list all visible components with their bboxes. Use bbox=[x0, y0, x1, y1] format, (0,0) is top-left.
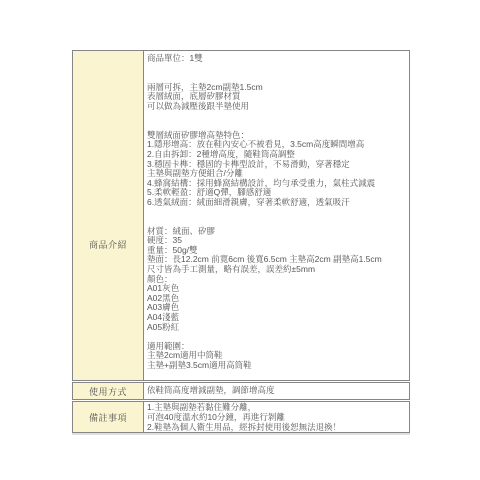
text-line: 尺寸皆為手工測量，略有誤差，誤差約±5mm bbox=[147, 265, 407, 275]
text-line: 顏色： bbox=[147, 275, 407, 285]
row-label-intro: 商品介紹 bbox=[73, 51, 144, 380]
text-line: 商品單位：1雙 bbox=[147, 54, 407, 64]
row-label-usage: 使用方式 bbox=[73, 383, 144, 399]
text-line: 2.鞋墊為個人衛生用品，經拆封使用後恕無法退換！ bbox=[147, 423, 407, 432]
row-label-notes: 備註事項 bbox=[73, 402, 144, 432]
text-line bbox=[147, 112, 407, 122]
text-line: A03膚色 bbox=[147, 303, 407, 313]
row-content-intro: 商品單位：1雙 兩層可拆，主墊2cm副墊1.5cm表層絨面，底層矽膠材質可以做為… bbox=[144, 51, 409, 380]
product-spec-table: 商品介紹商品單位：1雙 兩層可拆，主墊2cm副墊1.5cm表層絨面，底層矽膠材質… bbox=[72, 50, 410, 433]
text-line bbox=[147, 208, 407, 218]
text-line: 可以做為減壓後跟半墊使用 bbox=[147, 102, 407, 112]
text-line: 材質：絨面、矽膠 bbox=[147, 227, 407, 237]
table-row-intro: 商品介紹商品單位：1雙 兩層可拆，主墊2cm副墊1.5cm表層絨面，底層矽膠材質… bbox=[72, 50, 410, 381]
text-line: A01灰色 bbox=[147, 284, 407, 294]
text-line: A02黑色 bbox=[147, 294, 407, 304]
text-line bbox=[147, 64, 407, 74]
row-content-notes: 1.主墊與副墊若黏住難分離，可泡40度溫水約10分鐘，再進行剝離2.鞋墊為個人衛… bbox=[144, 402, 409, 432]
product-detail-page: 商品介紹商品單位：1雙 兩層可拆，主墊2cm副墊1.5cm表層絨面，底層矽膠材質… bbox=[0, 0, 480, 480]
text-line: A04淺藍 bbox=[147, 313, 407, 323]
text-line: 主墊+副墊3.5cm適用高筒鞋 bbox=[147, 361, 407, 371]
text-line: 依鞋筒高度增減副墊，調節增高度 bbox=[147, 386, 275, 396]
text-line: A05粉紅 bbox=[147, 323, 407, 333]
row-content-usage: 依鞋筒高度增減副墊，調節增高度 bbox=[144, 383, 409, 399]
text-line: 6.透氣絨面：絨面細滑親膚，穿著柔軟舒適，透氣吸汗 bbox=[147, 198, 407, 208]
table-row-notes: 備註事項1.主墊與副墊若黏住難分離，可泡40度溫水約10分鐘，再進行剝離2.鞋墊… bbox=[72, 401, 410, 433]
table-row-usage: 使用方式依鞋筒高度增減副墊，調節增高度 bbox=[72, 382, 410, 400]
